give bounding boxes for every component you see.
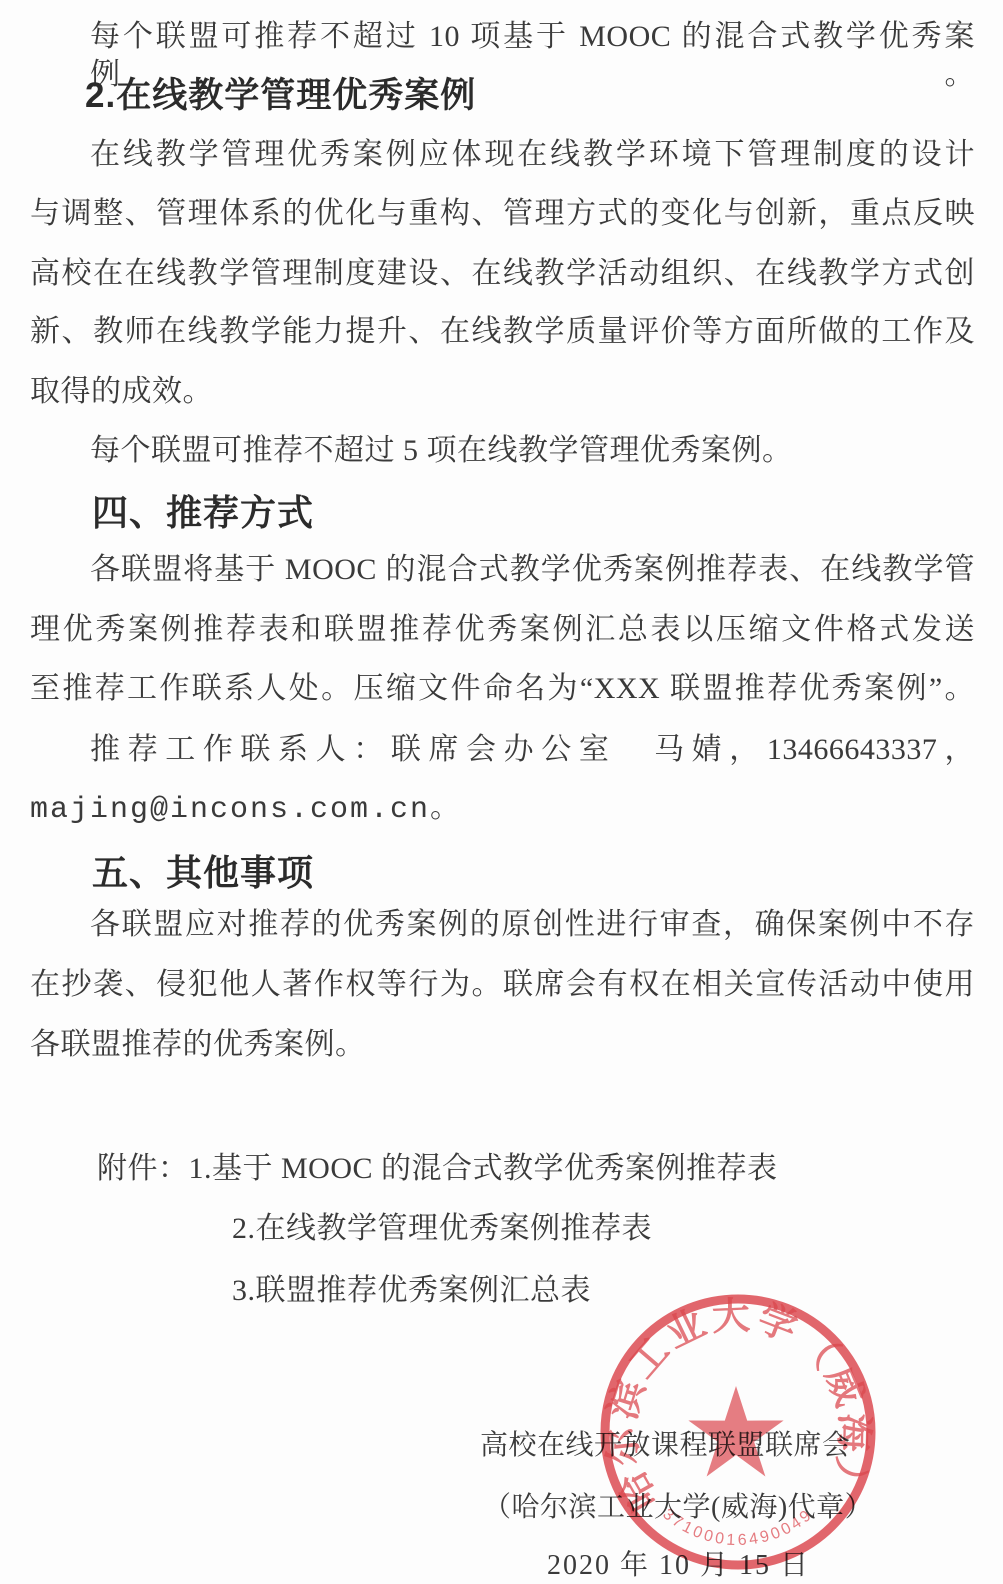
doc-line: 各联盟将基于 MOOC 的混合式教学优秀案例推荐表、在线教学管 (30, 551, 975, 589)
doc-line: 在线教学管理优秀案例应体现在线教学环境下管理制度的设计 (30, 136, 975, 174)
signature-date: 2020 年 10 月 15 日 (547, 1543, 810, 1583)
doc-line: 取得的成效。 (30, 373, 975, 411)
document-page: 每个联盟可推荐不超过 10 项基于 MOOC 的混合式教学优秀案例。 2.在线教… (0, 0, 1003, 1584)
signature-proxy: （哈尔滨工业大学(威海)代章） (483, 1485, 873, 1525)
doc-line: 各联盟推荐的优秀案例。 (30, 1026, 975, 1064)
doc-line: 与调整、管理体系的优化与重构、管理方式的变化与创新，重点反映 (30, 195, 975, 233)
section-heading: 2.在线教学管理优秀案例 (85, 74, 476, 118)
attachment-line: 3.联盟推荐优秀案例汇总表 (232, 1272, 1003, 1310)
signature-org: 高校在线开放课程联盟联席会 (480, 1423, 851, 1463)
contact-email: majing@incons.com.cn。 (30, 792, 975, 830)
section-heading: 四、推荐方式 (92, 490, 314, 535)
doc-line: 至推荐工作联系人处。压缩文件命名为“XXX 联盟推荐优秀案例”。 (30, 670, 975, 708)
doc-line: 每个联盟可推荐不超过 5 项在线教学管理优秀案例。 (30, 432, 975, 470)
attachment-line: 附件：1.基于 MOOC 的混合式教学优秀案例推荐表 (97, 1150, 1003, 1188)
section-heading: 五、其他事项 (92, 850, 314, 895)
doc-line: 在抄袭、侵犯他人著作权等行为。联席会有权在相关宣传活动中使用 (30, 966, 975, 1004)
doc-line: 新、教师在线教学能力提升、在线教学质量评价等方面所做的工作及 (30, 313, 975, 351)
doc-line contact-line: 推荐工作联系人：联席会办公室 马婧，13466643337， (30, 731, 975, 769)
doc-line: 理优秀案例推荐表和联盟推荐优秀案例汇总表以压缩文件格式发送 (30, 611, 975, 649)
doc-line: 各联盟应对推荐的优秀案例的原创性进行审查，确保案例中不存 (30, 906, 975, 944)
attachment-line: 2.在线教学管理优秀案例推荐表 (232, 1210, 1003, 1248)
doc-line: 高校在在线教学管理制度建设、在线教学活动组织、在线教学方式创 (30, 255, 975, 293)
